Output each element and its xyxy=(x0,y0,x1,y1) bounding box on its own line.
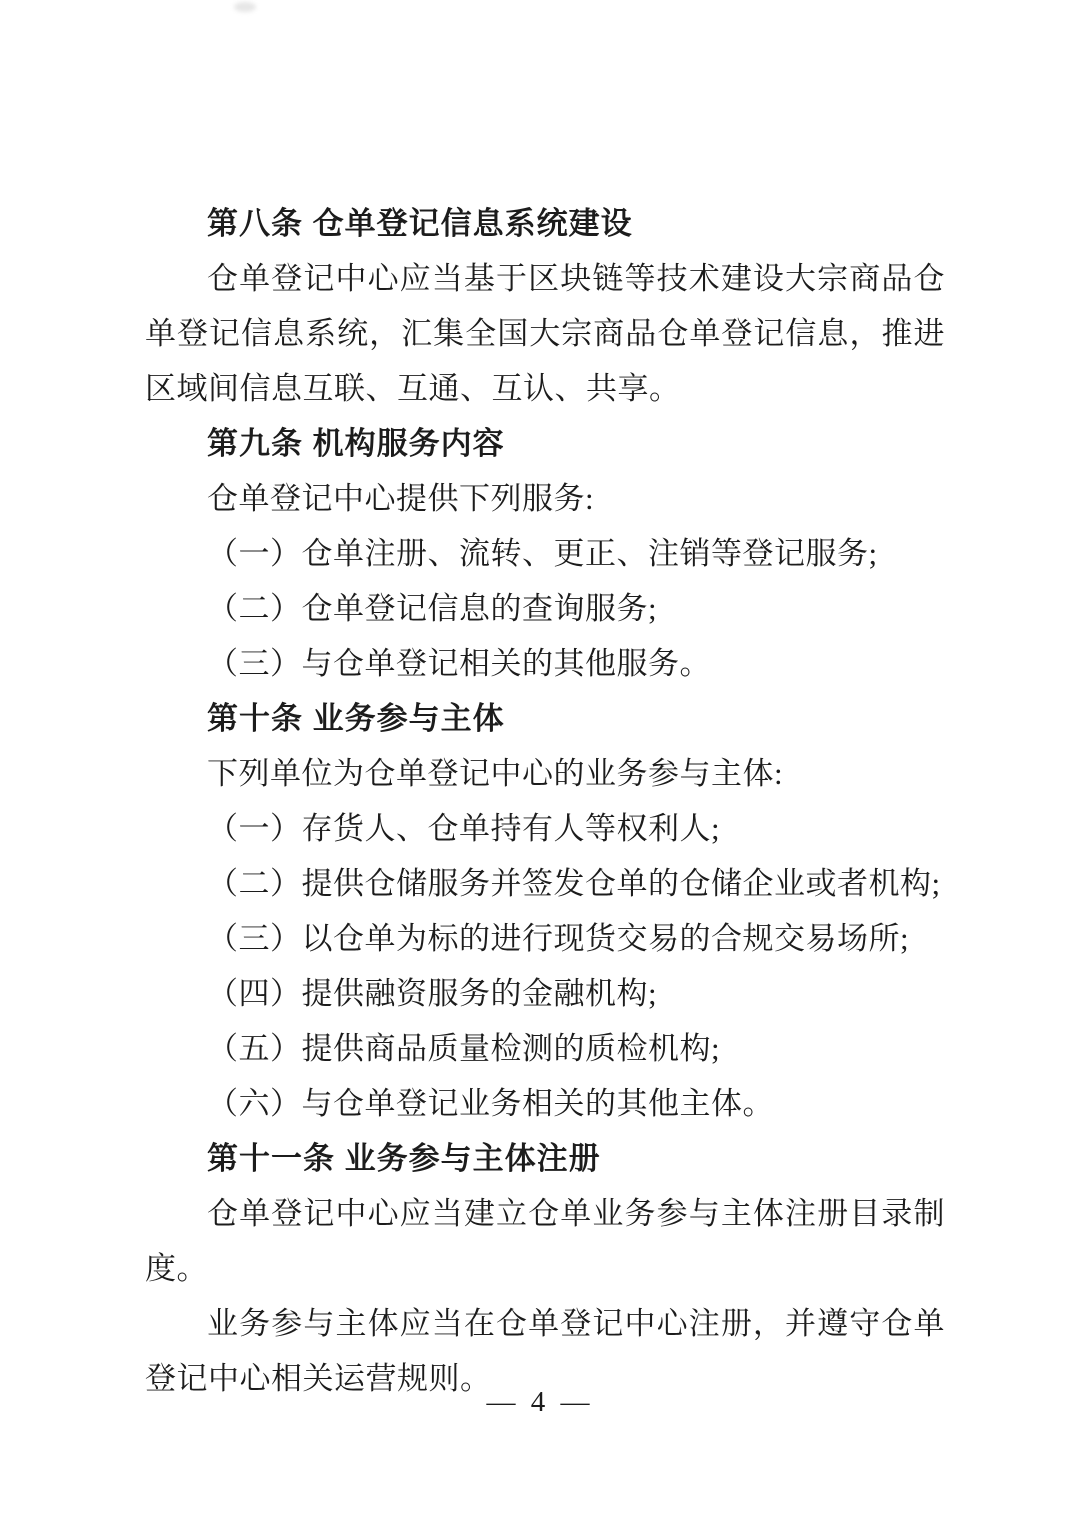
paragraph-line: （三）以仓单为标的进行现货交易的合规交易场所; xyxy=(145,911,945,966)
paragraph-line: （四）提供融资服务的金融机构; xyxy=(145,966,945,1021)
article-heading: 第八条 仓单登记信息系统建设 xyxy=(145,196,945,251)
paragraph-line: 仓单登记中心应当基于区块链等技术建设大宗商品仓单登记信息系统，汇集全国大宗商品仓… xyxy=(145,251,945,416)
paragraph-line: 仓单登记中心应当建立仓单业务参与主体注册目录制度。 xyxy=(145,1186,945,1296)
paragraph-line: （二）仓单登记信息的查询服务; xyxy=(145,581,945,636)
paragraph-line: （一）仓单注册、流转、更正、注销等登记服务; xyxy=(145,526,945,581)
article-heading: 第十一条 业务参与主体注册 xyxy=(145,1131,945,1186)
paragraph-line: （一）存货人、仓单持有人等权利人; xyxy=(145,801,945,856)
document-page: 第八条 仓单登记信息系统建设仓单登记中心应当基于区块链等技术建设大宗商品仓单登记… xyxy=(0,0,1080,1537)
document-body: 第八条 仓单登记信息系统建设仓单登记中心应当基于区块链等技术建设大宗商品仓单登记… xyxy=(145,196,945,1406)
paragraph-line: （三）与仓单登记相关的其他服务。 xyxy=(145,636,945,691)
page-number: — 4 — xyxy=(0,1386,1080,1419)
article-heading: 第九条 机构服务内容 xyxy=(145,416,945,471)
scan-artifact xyxy=(234,2,256,12)
paragraph-line: 仓单登记中心提供下列服务: xyxy=(145,471,945,526)
article-heading: 第十条 业务参与主体 xyxy=(145,691,945,746)
paragraph-line: （五）提供商品质量检测的质检机构; xyxy=(145,1021,945,1076)
paragraph-line: （二）提供仓储服务并签发仓单的仓储企业或者机构; xyxy=(145,856,945,911)
paragraph-line: 下列单位为仓单登记中心的业务参与主体: xyxy=(145,746,945,801)
paragraph-line: （六）与仓单登记业务相关的其他主体。 xyxy=(145,1076,945,1131)
